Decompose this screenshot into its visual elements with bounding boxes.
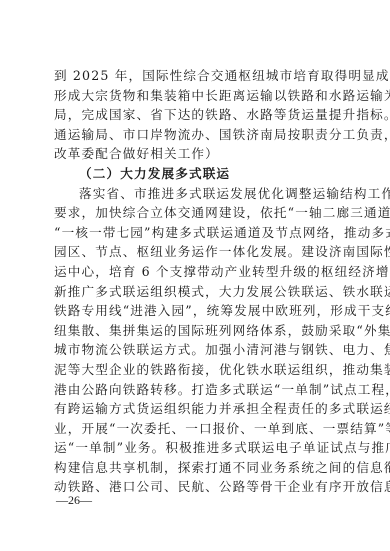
paragraph-line: 到 2025 年，国际性综合交通枢纽城市培育取得明显成效，基本: [54, 66, 344, 86]
paragraph-line: 局，完成国家、省下达的铁路、水路等货运量提升指标。（市交: [54, 105, 344, 125]
paragraph-line: 运“一单制”业务。积极推进多式联运电子单证试点与推广应用，: [54, 438, 344, 458]
section-heading: （二）大力发展多式联运: [54, 164, 344, 184]
paragraph-line: 泥等大型企业的铁路衔接，优化铁水联运组织，推动集装箱集疏: [54, 360, 344, 380]
page-number: —26—: [56, 493, 92, 508]
paragraph-line: 要求，加快综合立体交通网建设，依托“一轴二廊三通道”及: [54, 203, 344, 223]
paragraph-line: 有跨运输方式货运组织能力并承担全程责任的多式联运经营企: [54, 399, 344, 419]
paragraph-line: “一核一带七园”构建多式联运通道及节点网络，推动多式联运: [54, 223, 344, 243]
paragraph-line: 构建信息共享机制，探索打通不同业务系统之间的信息衔接。推: [54, 458, 344, 478]
paragraph-line: 运中心，培育 6 个支撑带动产业转型升级的枢纽经济增长极。创: [54, 262, 344, 282]
document-page: 到 2025 年，国际性综合交通枢纽城市培育取得明显成效，基本 形成大宗货物和集…: [0, 0, 390, 551]
paragraph-line: 动铁路、港口公司、民航、公路等骨干企业有序开放信息资源和: [54, 477, 344, 497]
paragraph-line: 纽集散、集拼集运的国际班列网络体系，鼓励采取“外集内配”的: [54, 321, 344, 341]
paragraph-line: 业，开展“一次委托、一口报价、一单到底、一票结算”等多式联: [54, 419, 344, 439]
paragraph-line: 铁路专用线“进港入园”，统筹发展中欧班列，形成干支结合、枢: [54, 301, 344, 321]
paragraph-line: 通运输局、市口岸物流办、国铁济南局按职责分工负责，市发展: [54, 125, 344, 145]
paragraph-line: 落实省、市推进多式联运发展优化调整运输结构工作方案: [54, 184, 344, 204]
paragraph-line: 改革委配合做好相关工作）: [54, 144, 344, 164]
paragraph-line: 园区、节点、枢纽业务运作一体化发展。建设济南国际性多式联: [54, 242, 344, 262]
paragraph-line: 形成大宗货物和集装箱中长距离运输以铁路和水路运输为主的格: [54, 86, 344, 106]
document-body: 到 2025 年，国际性综合交通枢纽城市培育取得明显成效，基本 形成大宗货物和集…: [54, 66, 344, 497]
paragraph-line: 城市物流公铁联运方式。加强小清河港与钢铁、电力、焦化、水: [54, 340, 344, 360]
paragraph-line: 新推广多式联运组织模式，大力发展公铁联运、铁水联运。依托: [54, 282, 344, 302]
paragraph-line: 港由公路向铁路转移。打造多式联运“一单制”试点工程，支持具: [54, 380, 344, 400]
